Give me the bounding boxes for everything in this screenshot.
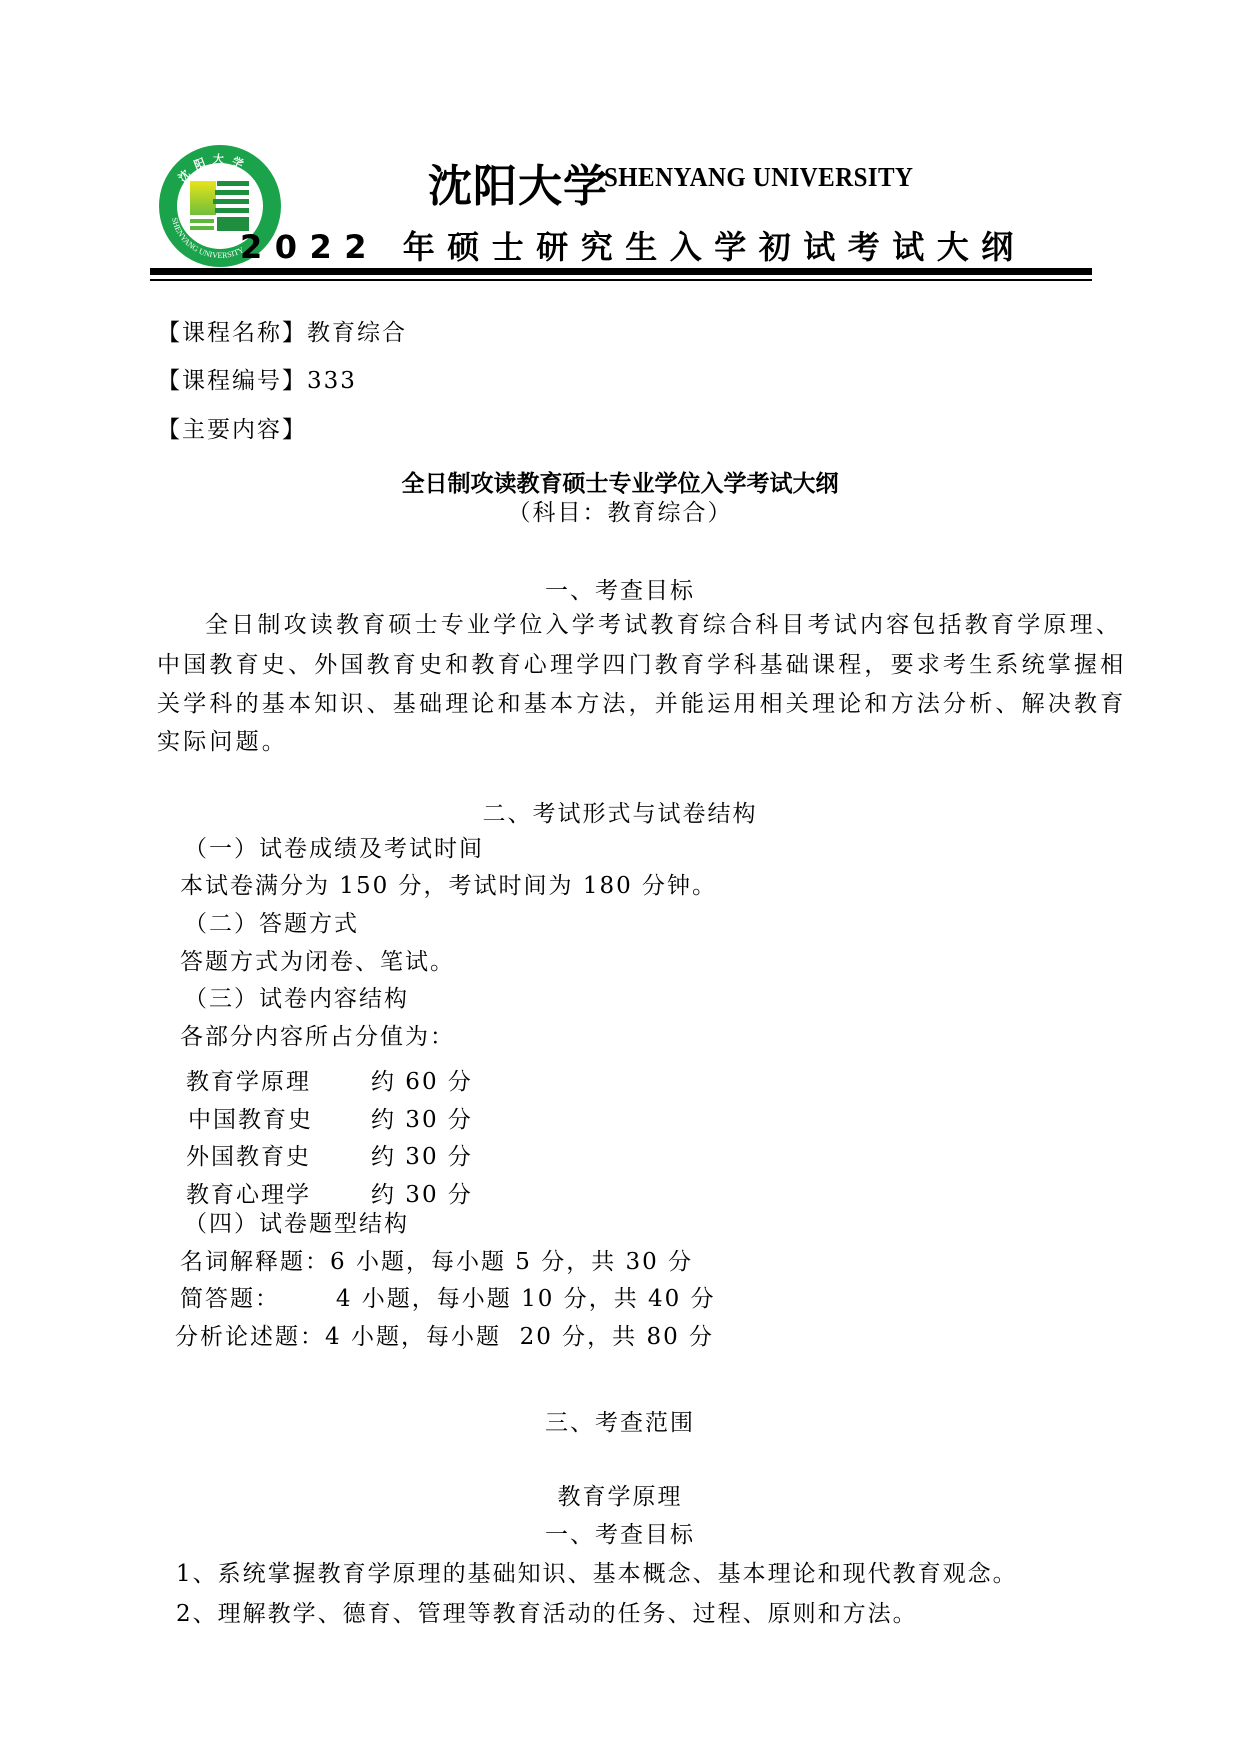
sub2-text: 答题方式为闭卷、笔试。	[180, 951, 455, 974]
objective-item: 2、理解教学、德育、管理等教育活动的任务、过程、原则和方法。	[176, 1603, 918, 1626]
sub1-heading: （一）试卷成绩及考试时间	[184, 838, 484, 861]
syllabus-subject: （科目：教育综合）	[0, 502, 1240, 525]
course-name-line: 【课程名称】教育综合	[157, 322, 407, 345]
section1-heading: 一、考查目标	[0, 580, 1240, 603]
score-row: 中国教育史约 30 分	[188, 1101, 473, 1134]
score-row: 教育学原理约 60 分	[186, 1063, 473, 1096]
sub3-intro: 各部分内容所占分值为：	[180, 1026, 455, 1049]
objective-heading: 一、考查目标	[0, 1524, 1240, 1547]
document-title: 2022 年硕士研究生入学初试考试大纲	[240, 222, 1026, 268]
sub4-heading: （四）试卷题型结构	[184, 1213, 409, 1236]
score-row: 外国教育史约 30 分	[186, 1138, 473, 1171]
sub2-heading: （二）答题方式	[184, 913, 359, 936]
section2-heading: 二、考试形式与试卷结构	[0, 803, 1240, 826]
sub1-text: 本试卷满分为 150 分，考试时间为 180 分钟。	[180, 875, 717, 898]
score-value: 约 30 分	[371, 1107, 473, 1133]
syllabus-title: 全日制攻读教育硕士专业学位入学考试大纲	[0, 465, 1240, 498]
score-value: 约 30 分	[371, 1182, 473, 1208]
question-type-line: 名词解释题：6 小题，每小题 5 分，共 30 分	[180, 1251, 693, 1274]
course-name-value: 教育综合	[307, 320, 407, 346]
header-divider-thick	[150, 268, 1092, 275]
score-subject: 外国教育史	[186, 1138, 371, 1171]
university-name-cn: 沈阳大学	[428, 150, 608, 214]
score-subject: 教育学原理	[186, 1063, 371, 1096]
score-subject: 教育心理学	[186, 1176, 371, 1209]
header-divider-thin	[150, 279, 1092, 281]
section1-para-line-1: 全日制攻读教育硕士专业学位入学考试教育综合科目考试内容包括教育学原理、	[205, 614, 1122, 637]
section1-para-line-2: 中国教育史、外国教育史和教育心理学四门教育学科基础课程，要求考生系统掌握相	[157, 654, 1126, 677]
score-subject: 中国教育史	[188, 1101, 371, 1134]
question-type-line: 简答题： 4 小题，每小题 10 分，共 40 分	[180, 1288, 716, 1311]
score-row: 教育心理学约 30 分	[186, 1176, 473, 1209]
score-value: 约 60 分	[371, 1069, 473, 1095]
section1-para-line-3: 关学科的基本知识、基础理论和基本方法，并能运用相关理论和方法分析、解决教育	[157, 693, 1126, 716]
course-name-label: 【课程名称】	[157, 320, 307, 346]
course-title: 教育学原理	[0, 1486, 1240, 1509]
question-type-line: 分析论述题：4 小题，每小题 20 分，共 80 分	[175, 1326, 714, 1349]
section1-para-line-4: 实际问题。	[157, 731, 288, 754]
score-value: 约 30 分	[371, 1144, 473, 1170]
university-name-en: SHENYANG UNIVERSITY	[604, 162, 913, 193]
course-code-line: 【课程编号】333	[157, 370, 357, 393]
section3-heading: 三、考查范围	[0, 1412, 1240, 1435]
course-code-value: 333	[307, 368, 357, 394]
course-code-label: 【课程编号】	[157, 368, 307, 394]
main-content-label: 【主要内容】	[157, 419, 307, 442]
sub3-heading: （三）试卷内容结构	[184, 988, 409, 1011]
objective-item: 1、系统掌握教育学原理的基础知识、基本概念、基本理论和现代教育观念。	[176, 1563, 1018, 1586]
